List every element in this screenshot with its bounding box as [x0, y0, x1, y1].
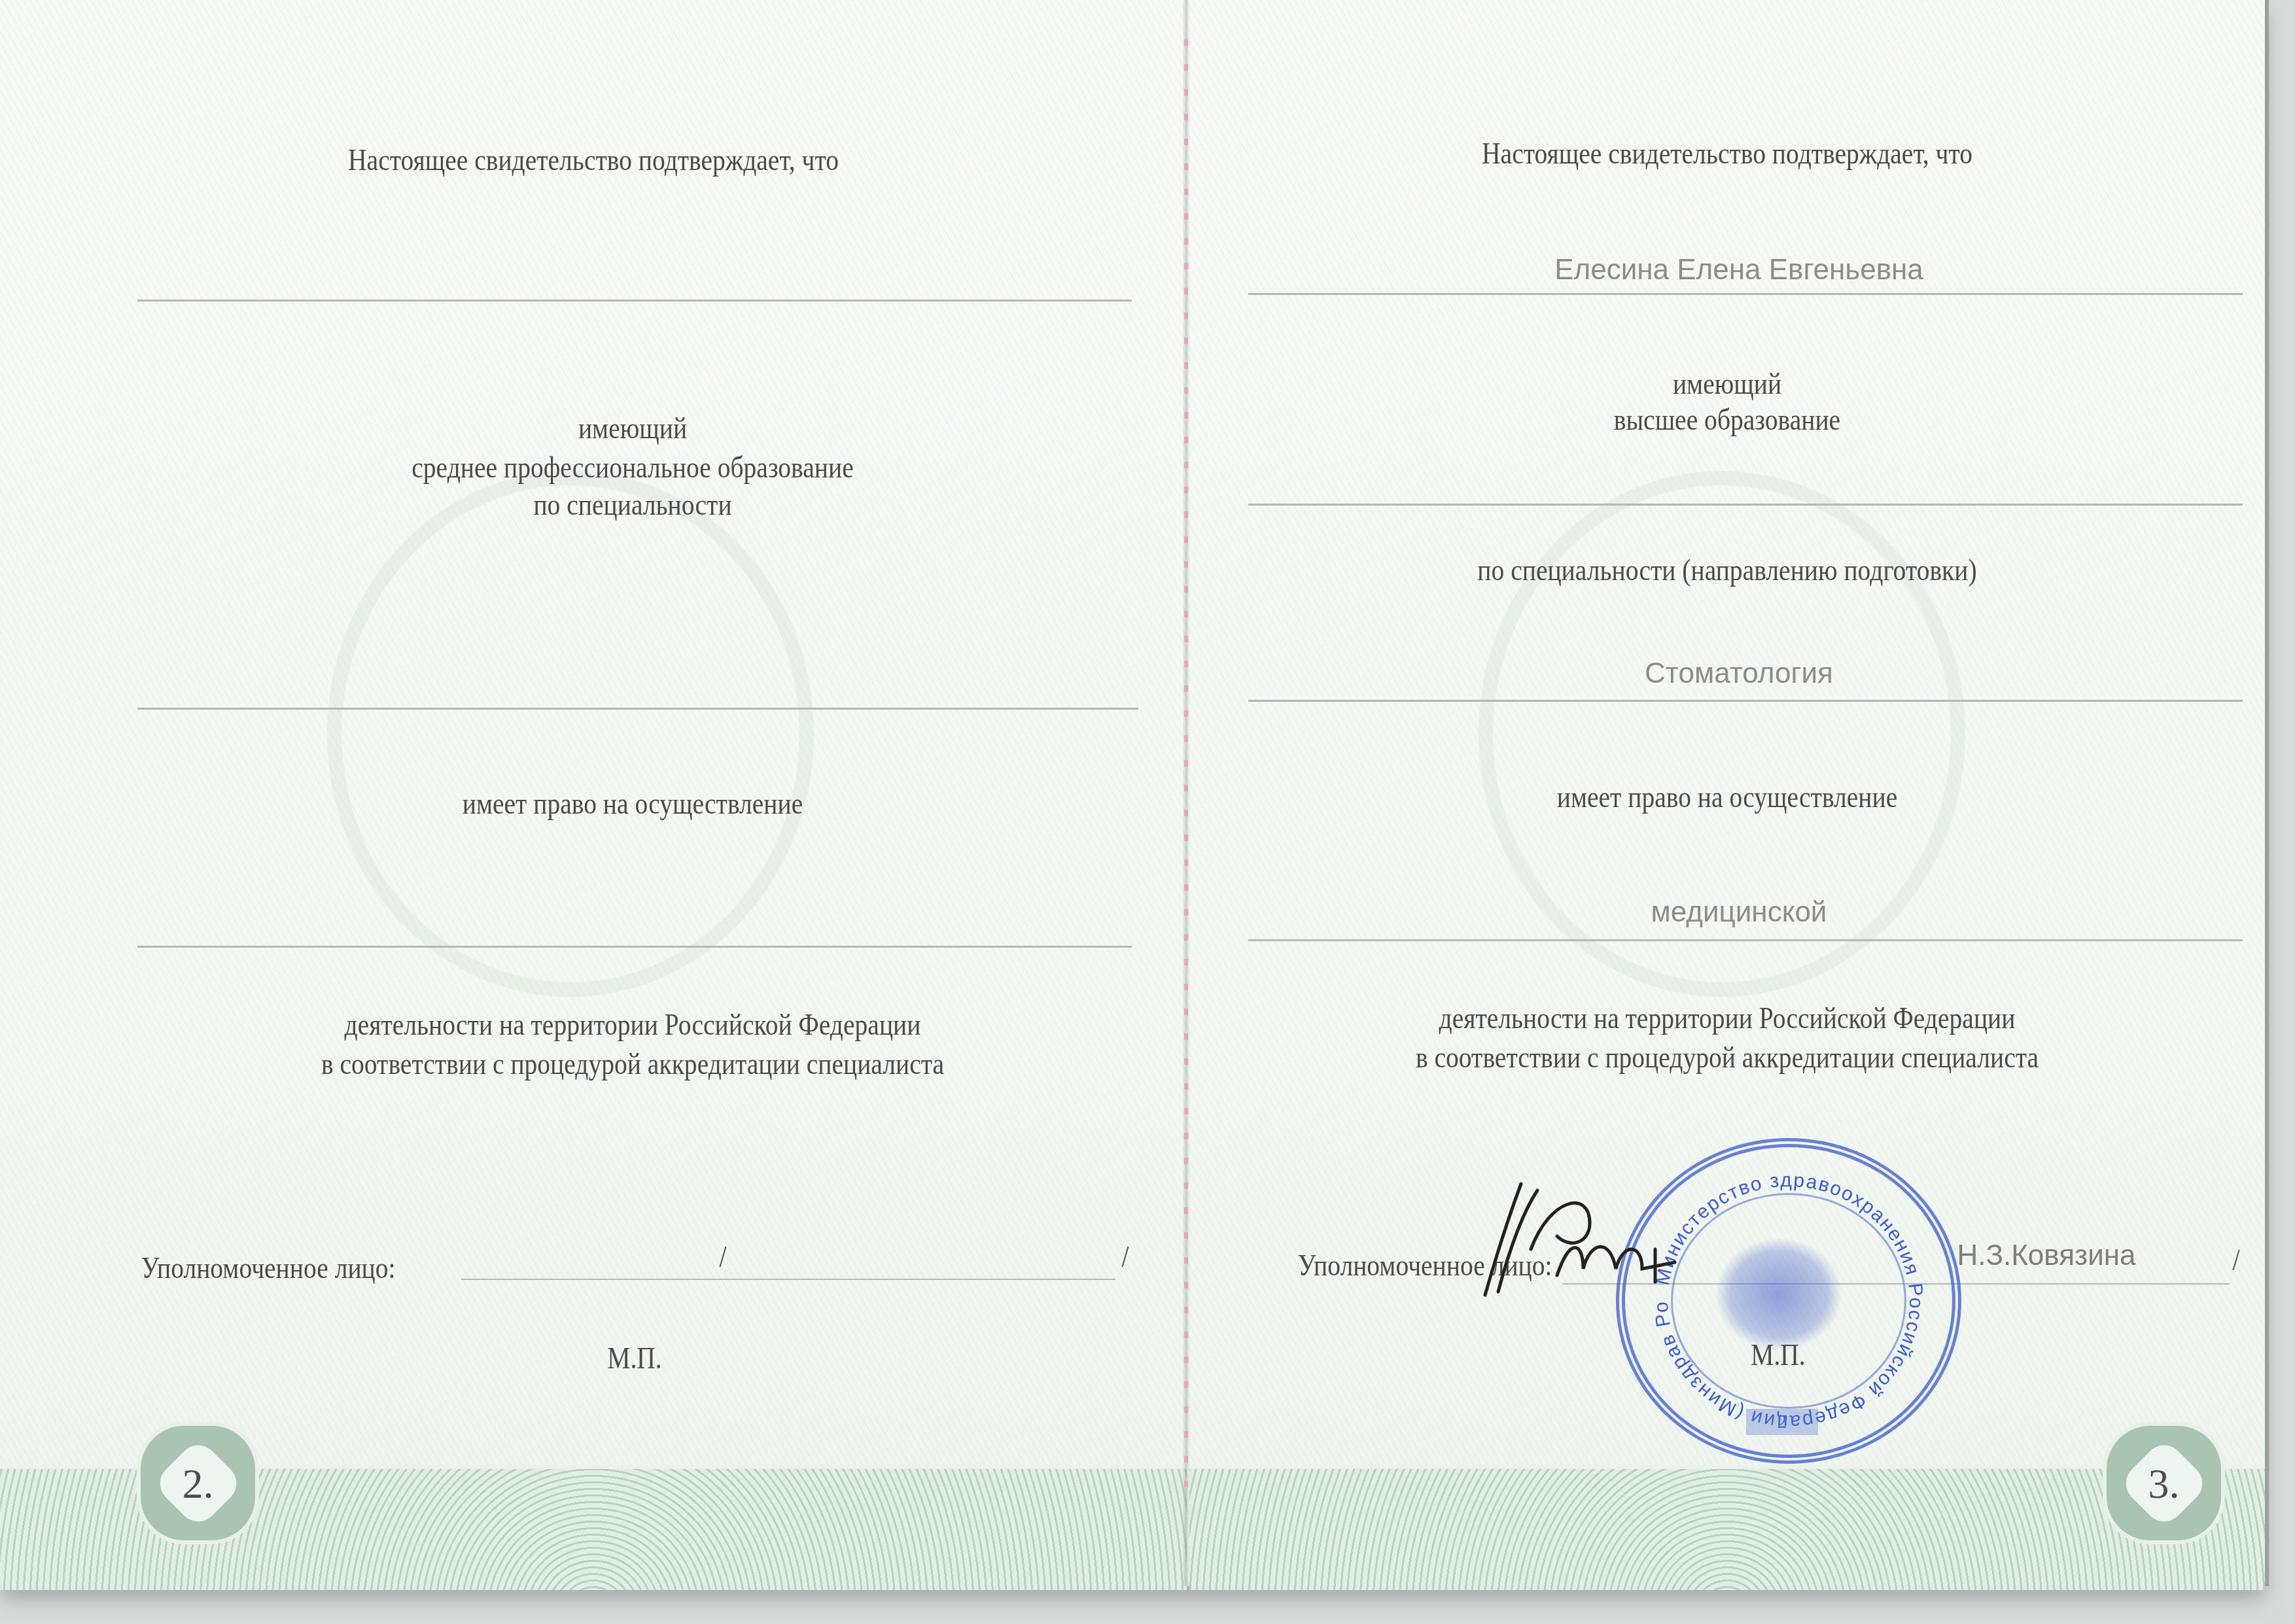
- page-number: 3.: [2107, 1460, 2221, 1508]
- activity-line2: в соответствии с процедурой аккредитации…: [1265, 1040, 2190, 1075]
- page-number-badge: 2.: [141, 1426, 255, 1540]
- activity-value: медицинской: [1255, 896, 2223, 929]
- having-text: имеющий: [88, 411, 1176, 445]
- education-line: [1248, 504, 2243, 506]
- by-specialty-text: по специальности: [88, 487, 1176, 522]
- watermark-emblem: [327, 471, 814, 997]
- holder-name-line: [137, 300, 1132, 302]
- activity-line1: деятельности на территории Российской Фе…: [88, 1007, 1176, 1042]
- stamp-number: 2: [1746, 1409, 1818, 1435]
- authorized-label: Уполномоченное лицо:: [111, 1251, 426, 1285]
- left-page: Настоящее свидетельство подтверждает, чт…: [0, 0, 1187, 1586]
- right-to-text: имеет право на осуществление: [1265, 780, 2190, 814]
- education-text: среднее профессиональное образование: [88, 450, 1176, 485]
- specialty-line: [137, 708, 1138, 710]
- page-number: 2.: [141, 1460, 255, 1508]
- slash-end: /: [2225, 1243, 2247, 1277]
- by-specialty-text: по специальности (направлению подготовки…: [1265, 553, 2190, 587]
- guilloche-border: [1189, 1465, 2265, 1590]
- slash-end: /: [1114, 1239, 1136, 1274]
- activity-line: [137, 946, 1132, 948]
- education-text: высшее образование: [1265, 402, 2190, 437]
- binding-stitch: [1184, 39, 1188, 1491]
- certificate-spread: Настоящее свидетельство подтверждает, чт…: [0, 0, 2265, 1586]
- having-text: имеющий: [1265, 366, 2190, 401]
- activity-line2: в соответствии с процедурой аккредитации…: [88, 1046, 1176, 1081]
- handwritten-signature: [1459, 1171, 1734, 1308]
- holder-name-line: [1248, 293, 2243, 295]
- slash-separator: /: [712, 1239, 734, 1274]
- page-number-badge: 3.: [2107, 1426, 2221, 1540]
- intro-text: Настоящее свидетельство подтверждает, чт…: [1265, 136, 2190, 171]
- activity-line1: деятельности на территории Российской Фе…: [1265, 1001, 2190, 1035]
- intro-text: Настоящее свидетельство подтверждает, чт…: [83, 143, 1104, 177]
- seal-label: М.П.: [578, 1341, 691, 1375]
- activity-line: [1248, 939, 2243, 941]
- specialty-value: Стоматология: [1255, 657, 2223, 690]
- holder-name: Елесина Елена Евгеньевна: [1255, 254, 2223, 286]
- right-to-text: имеет право на осуществление: [88, 786, 1176, 821]
- signature-line: [461, 1279, 1115, 1280]
- specialty-line: [1248, 700, 2243, 702]
